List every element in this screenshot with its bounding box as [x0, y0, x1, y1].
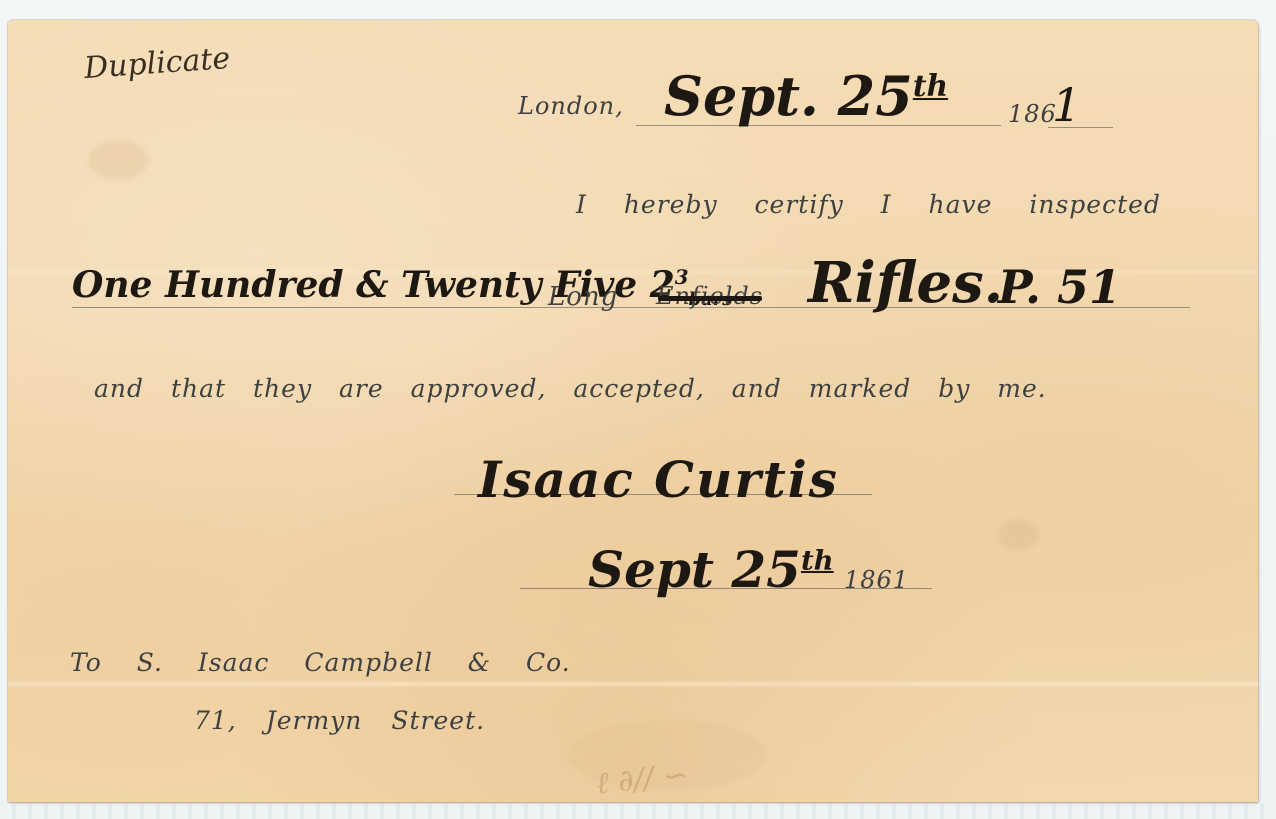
certificate-paper: Duplicate London, Sept. 25th 186 1 I her…: [8, 20, 1258, 802]
addressee-line-1: To S. Isaac Campbell & Co.: [70, 648, 571, 677]
header-date-text: Sept. 25: [664, 64, 913, 128]
approval-line: and that they are approved, accepted, an…: [94, 374, 1047, 403]
duplicate-annotation: Duplicate: [83, 41, 231, 86]
pattern-handwritten: P. 51: [998, 260, 1121, 314]
header-date-handwritten: Sept. 25th: [664, 64, 948, 128]
header-year-handwritten: 1: [1052, 78, 1081, 132]
paper-fold: [8, 680, 1258, 688]
item-handwritten: Rifles.: [808, 250, 1003, 316]
signature-date-suffix: th: [801, 544, 834, 576]
addressee-line-2: 71, Jermyn Street.: [194, 706, 485, 735]
scan-bottom-edge: [0, 804, 1276, 819]
year-rule: [1048, 127, 1113, 128]
place-label: London,: [518, 92, 624, 120]
scanned-document: Duplicate London, Sept. 25th 186 1 I her…: [0, 0, 1276, 819]
header-date-suffix: th: [913, 69, 948, 104]
inspector-signature: Isaac Curtis: [478, 450, 839, 509]
header-year-printed: 186: [1008, 100, 1057, 128]
signature-date-handwritten: Sept 25th: [588, 540, 834, 599]
paper-stain: [88, 140, 148, 180]
signature-year-printed: 1861: [844, 566, 909, 594]
long-label: Long: [548, 282, 618, 312]
signature-date-text: Sept 25: [588, 540, 801, 599]
strike-through: [658, 296, 762, 301]
paper-stain: [998, 520, 1038, 550]
certify-line: I hereby certify I have inspected: [576, 190, 1161, 219]
quantity-handwritten: One Hundred & Twenty Five 23bars: [72, 264, 732, 310]
